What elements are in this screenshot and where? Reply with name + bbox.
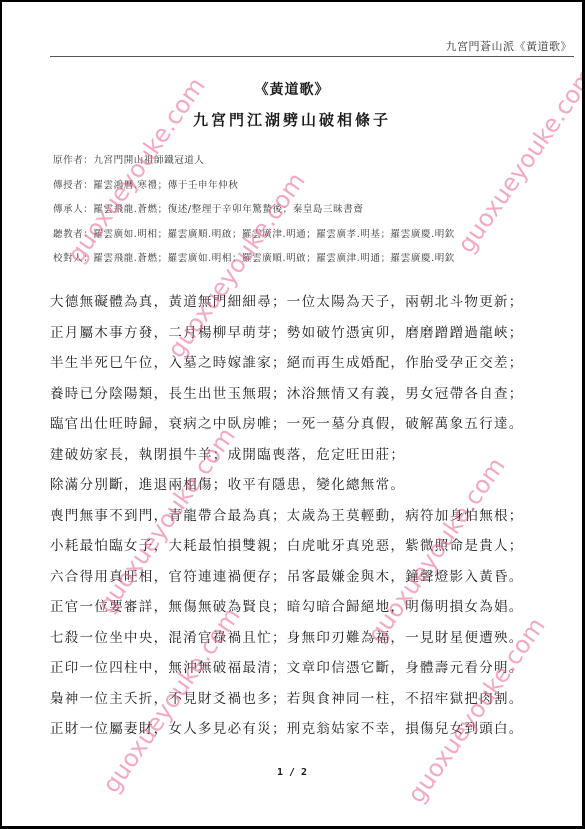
document-page: 九宮門蒼山派《黃道歌》 《黃道歌》 九宮門江湖劈山破相條子 原作者：九宮門開山祖… bbox=[2, 2, 582, 826]
running-header: 九宮門蒼山派《黃道歌》 bbox=[446, 38, 573, 54]
document-subtitle: 九宮門江湖劈山破相條子 bbox=[2, 109, 582, 130]
verse-line: 小耗最怕臨女子，大耗最怕損雙親；白虎呲牙真兇惡，紫微照命是貴人； bbox=[50, 538, 524, 569]
verse-line: 正財一位屬妻財，女人多見必有災；刑克翁姑家不幸，損傷兒女到頭白。 bbox=[50, 721, 524, 752]
verse-line: 臨官出仕旺時歸，衰病之中臥房帷；一死一墓分真假，破解萬象五行達。 bbox=[50, 416, 524, 447]
verse-line: 六合得用真旺相，官符連連禍便存；吊客最嫌金與木，鐘聲燈影入黃昏。 bbox=[50, 569, 524, 600]
verse-line: 半生半死巳午位，入墓之時嫁誰家；絕而再生成婚配，作胎受孕正交差； bbox=[50, 355, 524, 386]
verse-line: 正官一位要審詳，無傷無破為賢良；暗勾暗合歸絕地，明傷明損女為娼。 bbox=[50, 599, 524, 630]
credit-label: 傳承人： bbox=[53, 204, 93, 215]
credit-value: 羅雲廣如.明相；羅雲廣順.明啟；羅雲廣津.明通；羅雲廣孝.明基；羅雲廣慶.明欽 bbox=[93, 229, 455, 240]
verse-line: 梟神一位主夭折，不見財爻禍也多；若與食神同一柱，不招牢獄把肉割。 bbox=[50, 691, 524, 722]
credit-label: 聽教者： bbox=[53, 229, 93, 240]
credit-transmitter: 傳授者：羅雲鴻曆.寒禮；傳于壬申年仲秋 bbox=[53, 180, 455, 205]
credits-block: 原作者：九宮門開山祖師鐵冠道人 傳授者：羅雲鴻曆.寒禮；傳于壬申年仲秋 傳承人：… bbox=[53, 155, 455, 278]
verse-line: 大德無礙體為真，黃道無門細細尋；一位太陽為天子，兩朝北斗物更新； bbox=[50, 294, 524, 325]
credit-value: 九宮門開山祖師鐵冠道人 bbox=[93, 155, 204, 166]
verse-line: 除滿分別斷，進退兩相傷；收平有隱患，變化總無常。 bbox=[50, 477, 524, 508]
verse-line: 喪門無事不到門，青龍帶合最為真；太歲為王莫輕動，病符加身怕無根； bbox=[50, 508, 524, 539]
verse-line: 七殺一位坐中央，混淆官祿禍且忙；身無印刃難為福，一見財星便遭殃。 bbox=[50, 630, 524, 661]
verse-line: 正月屬木事方發，二月楊柳早萌芽；勢如破竹憑寅卯，磨磨蹭蹭過龍峽； bbox=[50, 325, 524, 356]
credit-value: 羅雲鴻曆.寒禮；傳于壬申年仲秋 bbox=[93, 180, 238, 191]
credit-original-author: 原作者：九宮門開山祖師鐵冠道人 bbox=[53, 155, 455, 180]
verse-line: 養時已分陰陽類，長生出世玉無瑕；沐浴無情又有義，男女冠帶各自查； bbox=[50, 386, 524, 417]
credit-label: 傳授者： bbox=[53, 180, 93, 191]
document-title: 《黃道歌》 bbox=[2, 79, 582, 99]
page-number: 1 / 2 bbox=[2, 767, 582, 778]
verse-body: 大德無礙體為真，黃道無門細細尋；一位太陽為天子，兩朝北斗物更新； 正月屬木事方發… bbox=[50, 294, 524, 752]
credit-label: 校對人： bbox=[53, 253, 93, 264]
verse-line: 正印一位四柱中，無沖無破福最清；文章印信憑它斷，身體壽元看分明。 bbox=[50, 660, 524, 691]
credit-proofreaders: 校對人：羅雲飛龍.蒼燃；羅雲廣如.明相；羅雲廣順.明啟；羅雲廣津.明通；羅雲廣慶… bbox=[53, 253, 455, 278]
credit-value: 羅雲飛龍.蒼燃；羅雲廣如.明相；羅雲廣順.明啟；羅雲廣津.明通；羅雲廣慶.明欽 bbox=[93, 253, 455, 264]
credit-value: 羅雲飛龍.蒼燃；復述/整理于辛卯年驚蟄後；秦皇島三昧書齋 bbox=[93, 204, 363, 215]
credit-inheritor: 傳承人：羅雲飛龍.蒼燃；復述/整理于辛卯年驚蟄後；秦皇島三昧書齋 bbox=[53, 204, 455, 229]
credit-label: 原作者： bbox=[53, 155, 93, 166]
credit-listeners: 聽教者：羅雲廣如.明相；羅雲廣順.明啟；羅雲廣津.明通；羅雲廣孝.明基；羅雲廣慶… bbox=[53, 229, 455, 254]
verse-line: 建破妨家長，執閉損牛羊；成開臨喪落，危定旺田莊； bbox=[50, 447, 524, 478]
header-rule bbox=[50, 56, 574, 57]
